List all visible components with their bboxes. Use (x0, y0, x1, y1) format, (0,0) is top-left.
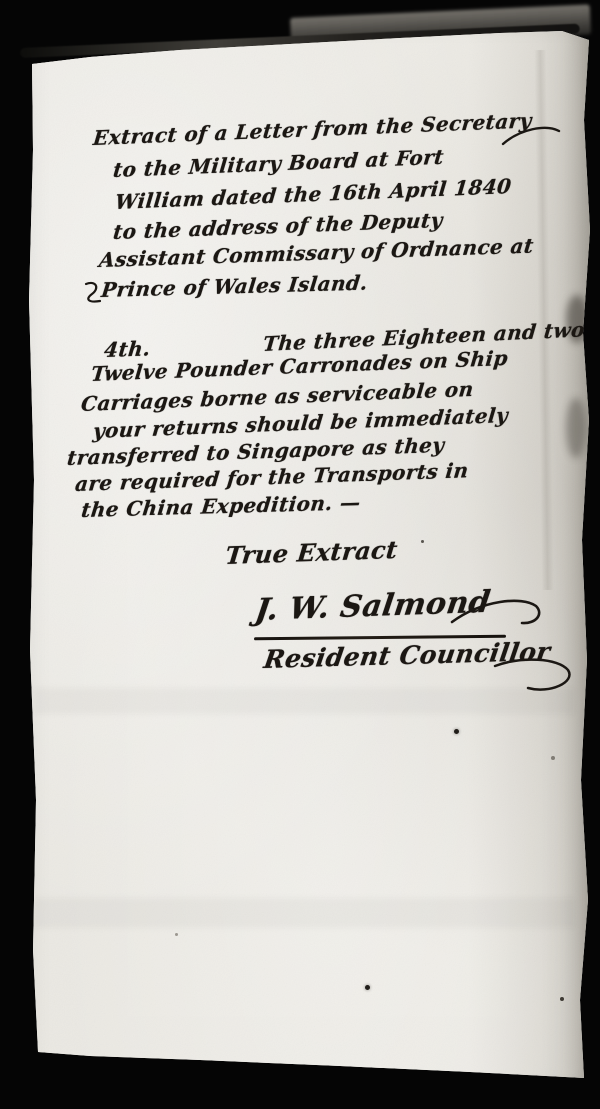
clause-number: 4th. (103, 336, 152, 362)
ink-speck (175, 933, 178, 936)
body-line: the China Expedition. — (80, 490, 362, 522)
ink-speck (365, 985, 370, 990)
ink-speck (454, 729, 459, 734)
ink-speck (232, 1063, 234, 1065)
scanned-document: Extract of a Letter from the Secretary t… (0, 0, 600, 1109)
signature-name: J. W. Salmond (253, 585, 468, 628)
ink-speck (421, 540, 424, 543)
signature-title: Resident Councillor (262, 637, 552, 674)
paper-tonal-band (34, 898, 574, 928)
ink-speck (551, 756, 555, 760)
attestation: True Extract (224, 535, 405, 570)
heading-line: Prince of Wales Island. (100, 270, 369, 302)
edge-blotch (566, 398, 586, 458)
paper-tonal-band (34, 688, 574, 714)
ink-mark (368, 1068, 375, 1072)
ink-speck (560, 997, 564, 1001)
ink-mark (336, 1067, 344, 1071)
manuscript-page: Extract of a Letter from the Secretary t… (0, 0, 600, 1109)
